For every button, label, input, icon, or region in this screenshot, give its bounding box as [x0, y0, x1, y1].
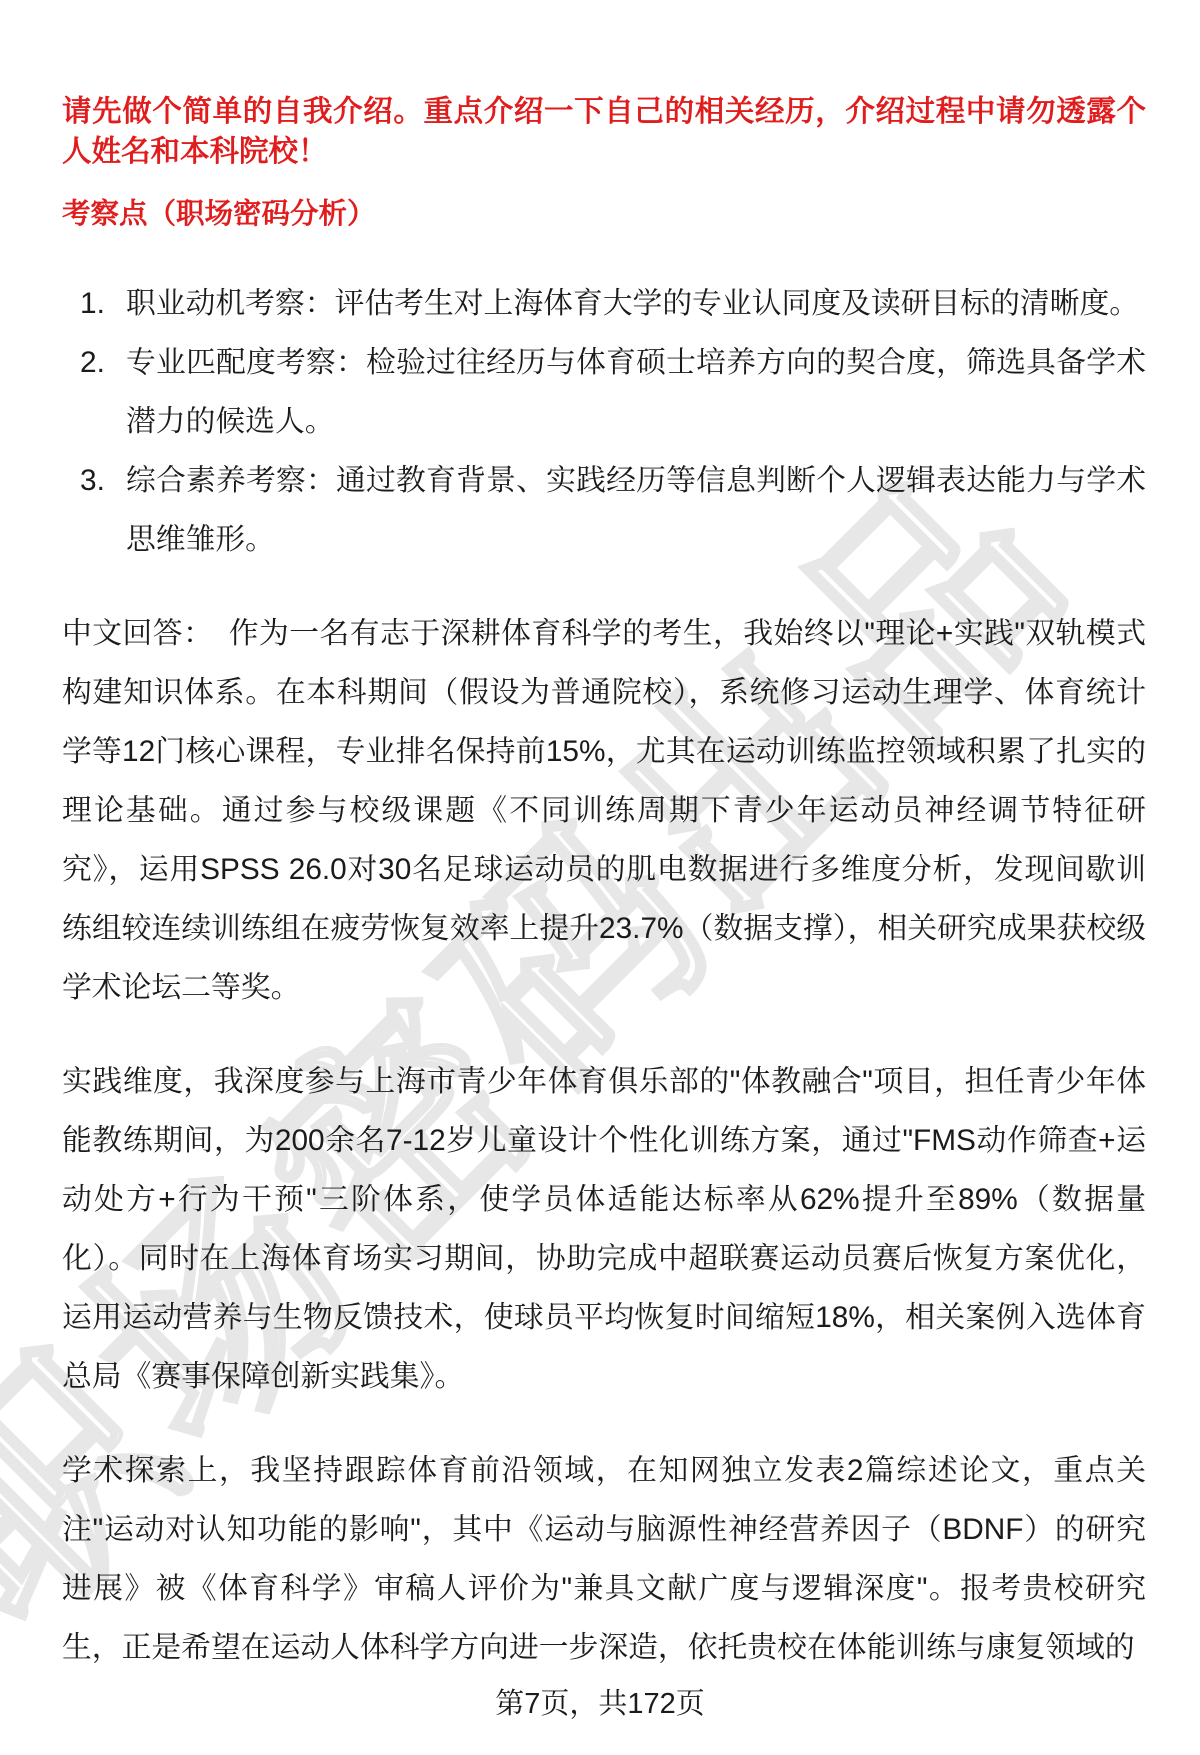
list-item-text: 综合素养考察：通过教育背景、实践经历等信息判断个人逻辑表达能力与学术思维雏形。 [126, 451, 1146, 569]
list-item-number: 1. [80, 274, 126, 333]
answer-paragraph-academic: 中文回答： 作为一名有志于深耕体育科学的考生，我始终以"理论+实践"双轨模式构建… [62, 604, 1146, 1017]
list-item-text: 职业动机考察：评估考生对上海体育大学的专业认同度及读研目标的清晰度。 [126, 274, 1146, 333]
page-number-footer: 第7页，共172页 [0, 1686, 1200, 1722]
document-page: 职场密码出品 请先做个简单的自我介绍。重点介绍一下自己的相关经历，介绍过程中请勿… [0, 0, 1200, 1755]
exam-points-list: 1. 职业动机考察：评估考生对上海体育大学的专业认同度及读研目标的清晰度。 2.… [62, 274, 1146, 569]
section-heading: 考察点（职场密码分析） [62, 194, 1146, 234]
list-item: 2. 专业匹配度考察：检验过往经历与体育硕士培养方向的契合度，筛选具备学术潜力的… [62, 333, 1146, 451]
answer-paragraph-practice: 实践维度，我深度参与上海市青少年体育俱乐部的"体教融合"项目，担任青少年体能教练… [62, 1052, 1146, 1406]
list-item-number: 3. [80, 451, 126, 569]
page-content: 请先做个简单的自我介绍。重点介绍一下自己的相关经历，介绍过程中请勿透露个人姓名和… [62, 0, 1146, 1677]
list-item-number: 2. [80, 333, 126, 451]
interview-question-heading: 请先做个简单的自我介绍。重点介绍一下自己的相关经历，介绍过程中请勿透露个人姓名和… [62, 0, 1146, 172]
list-item: 1. 职业动机考察：评估考生对上海体育大学的专业认同度及读研目标的清晰度。 [62, 274, 1146, 333]
list-item-text: 专业匹配度考察：检验过往经历与体育硕士培养方向的契合度，筛选具备学术潜力的候选人… [126, 333, 1146, 451]
answer-paragraph-research: 学术探索上，我坚持跟踪体育前沿领域，在知网独立发表2篇综述论文，重点关注"运动对… [62, 1441, 1146, 1677]
list-item: 3. 综合素养考察：通过教育背景、实践经历等信息判断个人逻辑表达能力与学术思维雏… [62, 451, 1146, 569]
